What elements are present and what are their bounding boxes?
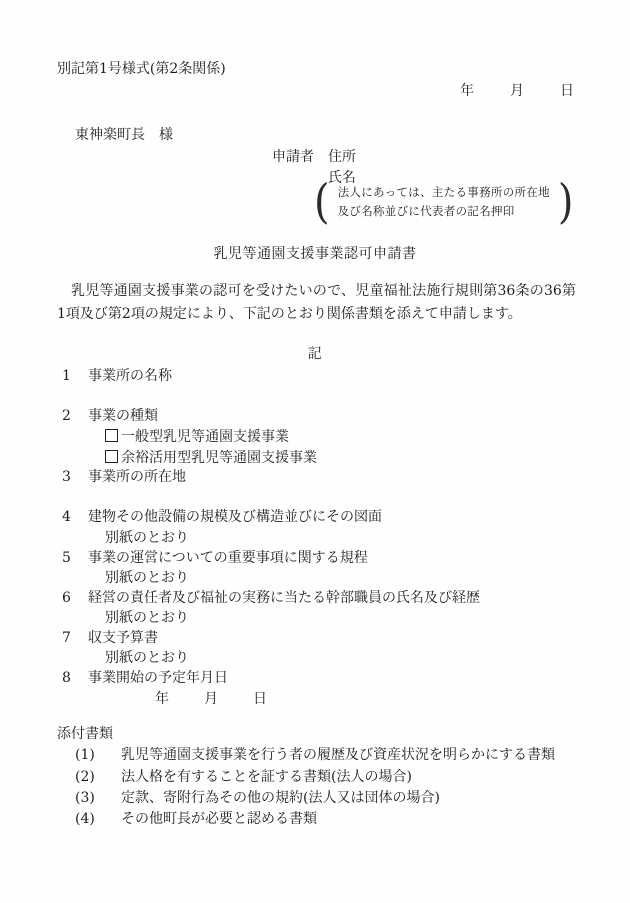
body-paragraph: 乳児等通園支援事業の認可を受けたいので、児童福祉法施行規則第36条の36第1項及… — [57, 280, 576, 325]
item-label: 事業開始の予定年月日 — [88, 670, 228, 686]
attachment-number: (2) — [75, 768, 121, 786]
checkbox-option: 余裕活用型乳児等通園支援事業 — [105, 449, 317, 467]
item-number: 4 — [62, 508, 88, 526]
month-label: 月 — [510, 82, 524, 100]
corporate-note-line2: 及び名称並びに代表者の記名押印 — [338, 202, 550, 221]
item-number: 1 — [62, 367, 88, 385]
item-row: 4建物その他設備の規模及び構造並びにその図面 — [62, 508, 382, 526]
date-line-item8: 年月日 — [155, 690, 267, 708]
item-number: 8 — [62, 669, 88, 687]
item-row: 5事業の運営についての重要事項に関する規程 — [62, 549, 368, 567]
year-label: 年 — [155, 691, 169, 707]
item-number: 5 — [62, 549, 88, 567]
addressee-name: 東神楽町長 — [75, 127, 145, 143]
item-row: 1事業所の名称 — [62, 367, 172, 385]
attachment-row: (2)法人格を有することを証する書類(法人の場合) — [75, 768, 412, 786]
addressee-line: 東神楽町長様 — [75, 126, 173, 144]
item-row: 8事業開始の予定年月日 — [62, 669, 228, 687]
item-label: 事業所の所在地 — [88, 469, 186, 485]
attachment-label: 定款、寄附行為その他の規約(法人又は団体の場合) — [121, 790, 440, 806]
item-label: 経営の責任者及び福祉の実務に当たる幹部職員の氏名及び経歴 — [88, 590, 480, 606]
date-line-top: 年月日 — [460, 82, 574, 100]
item-label: 収支予算書 — [88, 630, 158, 646]
checkbox-option-label: 余裕活用型乳児等通園支援事業 — [121, 450, 317, 466]
item-row: 2事業の種類 — [62, 407, 158, 425]
checkbox-option: 一般型乳児等通園支援事業 — [105, 428, 289, 446]
checkbox-icon — [105, 450, 118, 463]
bracket-right-glyph: ) — [556, 178, 576, 225]
corporate-note: ( 法人にあっては、主たる事務所の所在地 及び名称並びに代表者の記名押印 ) — [312, 182, 576, 222]
checkbox-option-label: 一般型乳児等通園支援事業 — [121, 429, 289, 445]
addressee-honorific: 様 — [159, 127, 173, 143]
item-note: 別紙のとおり — [105, 569, 189, 587]
item-number: 2 — [62, 407, 88, 425]
bracket-left-glyph: ( — [312, 178, 332, 225]
item-number: 3 — [62, 468, 88, 486]
checkbox-icon — [105, 429, 118, 442]
month-label: 月 — [204, 691, 218, 707]
item-label: 事業の運営についての重要事項に関する規程 — [88, 550, 368, 566]
document-page: 別記第1号様式(第2条関係) 年月日 東神楽町長様 申請者住所 氏名 ( 法人に… — [0, 0, 630, 903]
attachment-row: (4)その他町長が必要と認める書類 — [75, 810, 317, 828]
item-number: 6 — [62, 589, 88, 607]
item-label: 事業所の名称 — [88, 368, 172, 384]
applicant-label: 申請者 — [272, 149, 314, 165]
applicant-address-label: 住所 — [328, 149, 356, 165]
attachment-number: (4) — [75, 810, 121, 828]
attachment-label: 法人格を有することを証する書類(法人の場合) — [121, 769, 412, 785]
item-number: 7 — [62, 629, 88, 647]
day-label: 日 — [253, 691, 267, 707]
record-mark: 記 — [0, 345, 630, 363]
form-reference: 別記第1号様式(第2条関係) — [57, 60, 226, 78]
attachment-number: (3) — [75, 789, 121, 807]
day-label: 日 — [560, 82, 574, 100]
applicant-line: 申請者住所 — [272, 148, 356, 166]
corporate-note-line1: 法人にあっては、主たる事務所の所在地 — [338, 183, 550, 202]
item-note: 別紙のとおり — [105, 649, 189, 667]
item-note: 別紙のとおり — [105, 529, 189, 547]
corporate-note-text: 法人にあっては、主たる事務所の所在地 及び名称並びに代表者の記名押印 — [332, 183, 556, 221]
attachments-header: 添付書類 — [57, 725, 113, 743]
item-label: 事業の種類 — [88, 408, 158, 424]
year-label: 年 — [460, 82, 474, 100]
attachment-label: 乳児等通園支援事業を行う者の履歴及び資産状況を明らかにする書類 — [121, 747, 555, 763]
item-row: 3事業所の所在地 — [62, 468, 186, 486]
item-note: 別紙のとおり — [105, 609, 189, 627]
item-row: 6経営の責任者及び福祉の実務に当たる幹部職員の氏名及び経歴 — [62, 589, 480, 607]
attachment-row: (1)乳児等通園支援事業を行う者の履歴及び資産状況を明らかにする書類 — [75, 746, 555, 764]
item-row: 7収支予算書 — [62, 629, 158, 647]
attachment-number: (1) — [75, 746, 121, 764]
attachment-label: その他町長が必要と認める書類 — [121, 811, 317, 827]
item-label: 建物その他設備の規模及び構造並びにその図面 — [88, 509, 382, 525]
attachment-row: (3)定款、寄附行為その他の規約(法人又は団体の場合) — [75, 789, 440, 807]
document-title: 乳児等通園支援事業認可申請書 — [0, 245, 630, 263]
